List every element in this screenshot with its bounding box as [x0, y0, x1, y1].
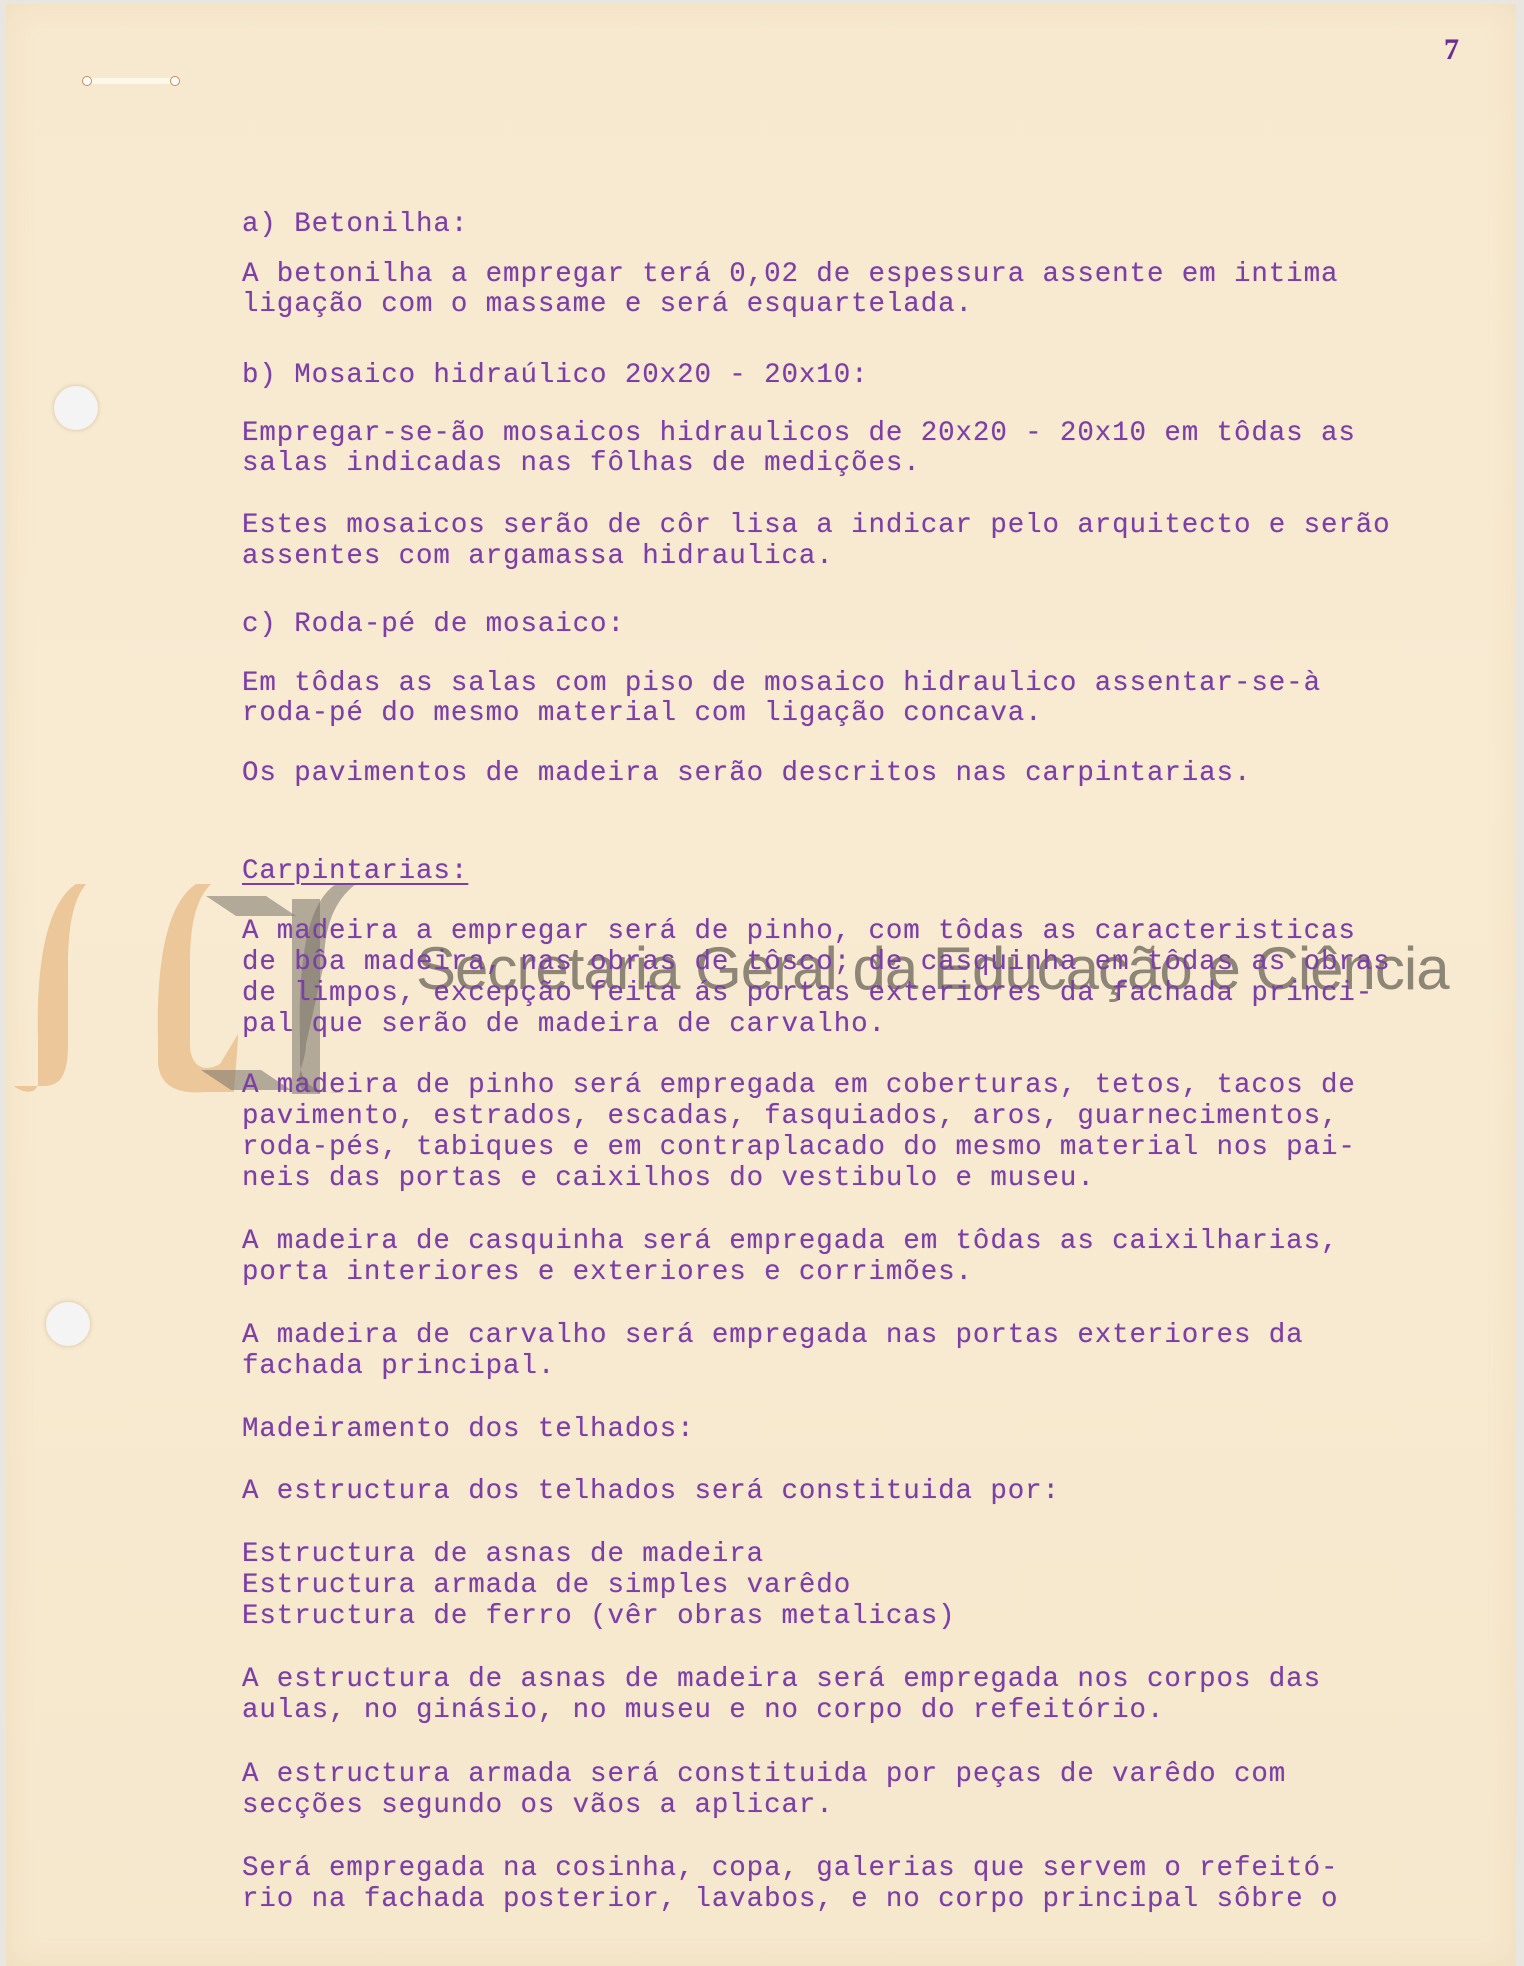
section-heading-roda-pe: c) Roda-pé de mosaico:: [242, 609, 625, 640]
paragraph-line: porta interiores e exteriores e corrimõe…: [242, 1257, 973, 1288]
paragraph-line: roda-pé do mesmo material com ligação co…: [242, 698, 1043, 729]
paragraph-line: Será empregada na cosinha, copa, galeria…: [242, 1853, 1338, 1884]
section-heading-mosaico: b) Mosaico hidraúlico 20x20 - 20x10:: [242, 360, 869, 391]
paragraph-line: A madeira de pinho será empregada em cob…: [242, 1070, 1356, 1101]
paragraph-line: Em tôdas as salas com piso de mosaico hi…: [242, 668, 1321, 699]
section-heading-telhados: Madeiramento dos telhados:: [242, 1414, 694, 1445]
paragraph-line: A estructura dos telhados será constitui…: [242, 1476, 1060, 1507]
paragraph-line: A estructura armada será constituida por…: [242, 1759, 1286, 1790]
paragraph-line: assentes com argamassa hidraulica.: [242, 541, 834, 572]
paragraph-line: pal que serão de madeira de carvalho.: [242, 1009, 886, 1040]
paragraph-line: Empregar-se-ão mosaicos hidraulicos de 2…: [242, 418, 1356, 449]
paragraph-line: Os pavimentos de madeira serão descritos…: [242, 758, 1251, 789]
paragraph-line: A madeira a empregar será de pinho, com …: [242, 916, 1356, 947]
paragraph-line: roda-pés, tabiques e em contraplacado do…: [242, 1132, 1356, 1163]
page-number: 7: [1444, 34, 1460, 65]
staple-mark: [86, 78, 176, 84]
paragraph-line: secções segundo os vãos a aplicar.: [242, 1790, 834, 1821]
paragraph-line: Estes mosaicos serão de côr lisa a indic…: [242, 510, 1391, 541]
paragraph-line: A madeira de casquinha será empregada em…: [242, 1226, 1338, 1257]
binder-hole-bottom: [46, 1302, 90, 1346]
paragraph-line: A madeira de carvalho será empregada nas…: [242, 1320, 1304, 1351]
section-heading-betonilha: a) Betonilha:: [242, 209, 468, 240]
list-item: Estructura de ferro (vêr obras metalicas…: [242, 1601, 956, 1632]
section-heading-carpintarias: Carpintarias:: [242, 856, 468, 887]
list-item: Estructura de asnas de madeira: [242, 1539, 764, 1570]
paragraph-line: de bôa madeira, nas obras de tôsco; de c…: [242, 947, 1391, 978]
paragraph-line: fachada principal.: [242, 1351, 555, 1382]
paragraph-line: salas indicadas nas fôlhas de medições.: [242, 448, 921, 479]
paragraph-line: A betonilha a empregar terá 0,02 de espe…: [242, 259, 1338, 290]
paragraph-line: ligação com o massame e será esquartelad…: [242, 289, 973, 320]
paragraph-line: A estructura de asnas de madeira será em…: [242, 1664, 1321, 1695]
list-item: Estructura armada de simples varêdo: [242, 1570, 851, 1601]
binder-hole-top: [54, 386, 98, 430]
paragraph-line: aulas, no ginásio, no museu e no corpo d…: [242, 1695, 1164, 1726]
paragraph-line: neis das portas e caixilhos do vestibulo…: [242, 1163, 1095, 1194]
paragraph-line: pavimento, estrados, escadas, fasquiados…: [242, 1101, 1338, 1132]
paragraph-line: de limpos, excepção feita ás portas exte…: [242, 978, 1373, 1009]
paragraph-line: rio na fachada posterior, lavabos, e no …: [242, 1884, 1338, 1915]
document-page: Secretaria Geral da Educação e Ciência 7…: [6, 4, 1516, 1966]
